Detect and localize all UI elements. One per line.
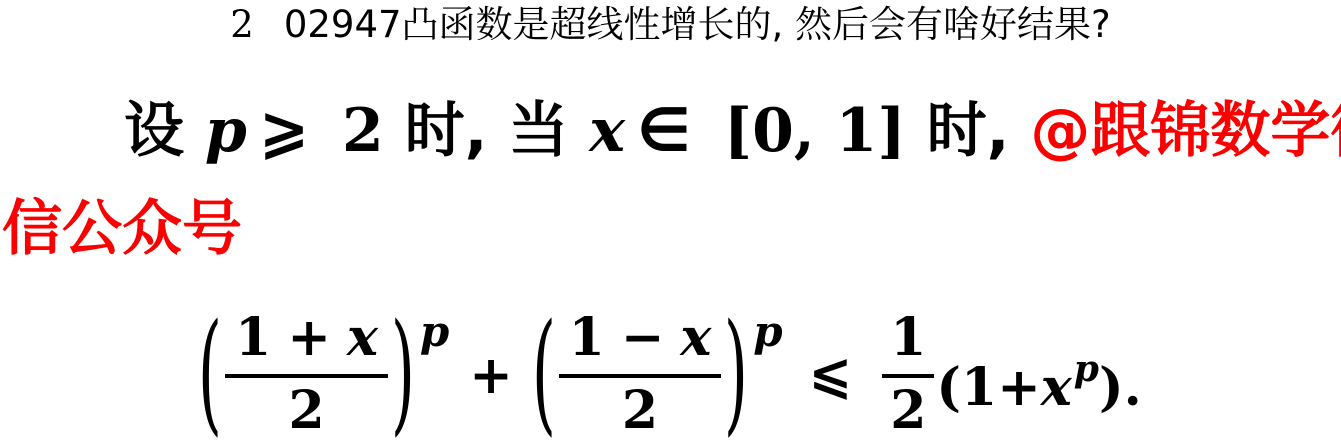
numerator: 1 − x bbox=[559, 311, 722, 374]
close-paren: ) bbox=[391, 309, 415, 441]
numerator: 1 + x bbox=[225, 311, 388, 374]
math-var-x: x bbox=[589, 96, 625, 166]
watermark-text: @跟锦数学微 bbox=[1030, 96, 1341, 166]
denominator: 2 bbox=[559, 374, 722, 439]
exponent-p: p bbox=[420, 311, 449, 353]
math-number: 2 bbox=[321, 96, 405, 166]
body-text: 时, 当 bbox=[405, 96, 590, 166]
fraction-2: 1 − x 2 bbox=[559, 311, 722, 438]
leqslant-operator: ⩽ bbox=[809, 345, 853, 405]
math-var-p: p bbox=[205, 96, 247, 166]
exponent-p: p bbox=[753, 311, 782, 353]
minus-sign: − bbox=[621, 311, 665, 366]
denominator: 2 bbox=[882, 374, 934, 439]
element-of-symbol: ∈ bbox=[637, 96, 691, 166]
open-paren: ( bbox=[936, 357, 961, 418]
plus-operator: + bbox=[469, 345, 513, 406]
open-paren: ( bbox=[198, 309, 222, 441]
display-equation: ( 1 + x 2 ) p + ( 1 − x 2 ) p ⩽ 1 2 bbox=[0, 295, 1341, 448]
section-number: 2 bbox=[230, 3, 254, 46]
numerator: 1 bbox=[882, 311, 934, 374]
half-fraction: 1 2 bbox=[882, 311, 934, 438]
plus-sign: + bbox=[287, 311, 331, 366]
exponent-p: p bbox=[1074, 348, 1099, 390]
tail-x: x bbox=[1041, 357, 1072, 418]
body-text: 设 bbox=[124, 96, 205, 166]
numerator-one: 1 bbox=[235, 311, 271, 366]
numerator-x: x bbox=[680, 311, 711, 366]
math-interval: [0, 1] bbox=[703, 96, 927, 166]
numerator-one: 1 bbox=[569, 311, 605, 366]
body-paragraph-line1: 设 p⩾ 2 时, 当 x∈ [0, 1] 时, @跟锦数学微 bbox=[0, 94, 1341, 169]
geq-symbol: ⩾ bbox=[259, 96, 309, 166]
numerator-x: x bbox=[347, 311, 378, 366]
close-paren: ) bbox=[724, 309, 748, 441]
plus-sign: + bbox=[997, 357, 1041, 418]
section-heading: 202947凸函数是超线性增长的, 然后会有啥好结果? bbox=[0, 2, 1341, 48]
watermark-text-wrapped: 信公众号 bbox=[2, 192, 242, 267]
equation-term-1: ( 1 + x 2 ) p bbox=[199, 311, 449, 438]
denominator: 2 bbox=[225, 374, 388, 439]
tail-expression: (1 + xp). bbox=[936, 357, 1141, 418]
fraction-1: 1 + x 2 bbox=[225, 311, 388, 438]
tail-one: 1 bbox=[961, 357, 997, 418]
body-text: 时, bbox=[927, 96, 1031, 166]
equation-term-2: ( 1 − x 2 ) p bbox=[533, 311, 783, 438]
open-paren: ( bbox=[532, 309, 556, 441]
close-paren-period: ). bbox=[1099, 357, 1142, 418]
section-title: 02947凸函数是超线性增长的, 然后会有啥好结果? bbox=[284, 3, 1111, 46]
